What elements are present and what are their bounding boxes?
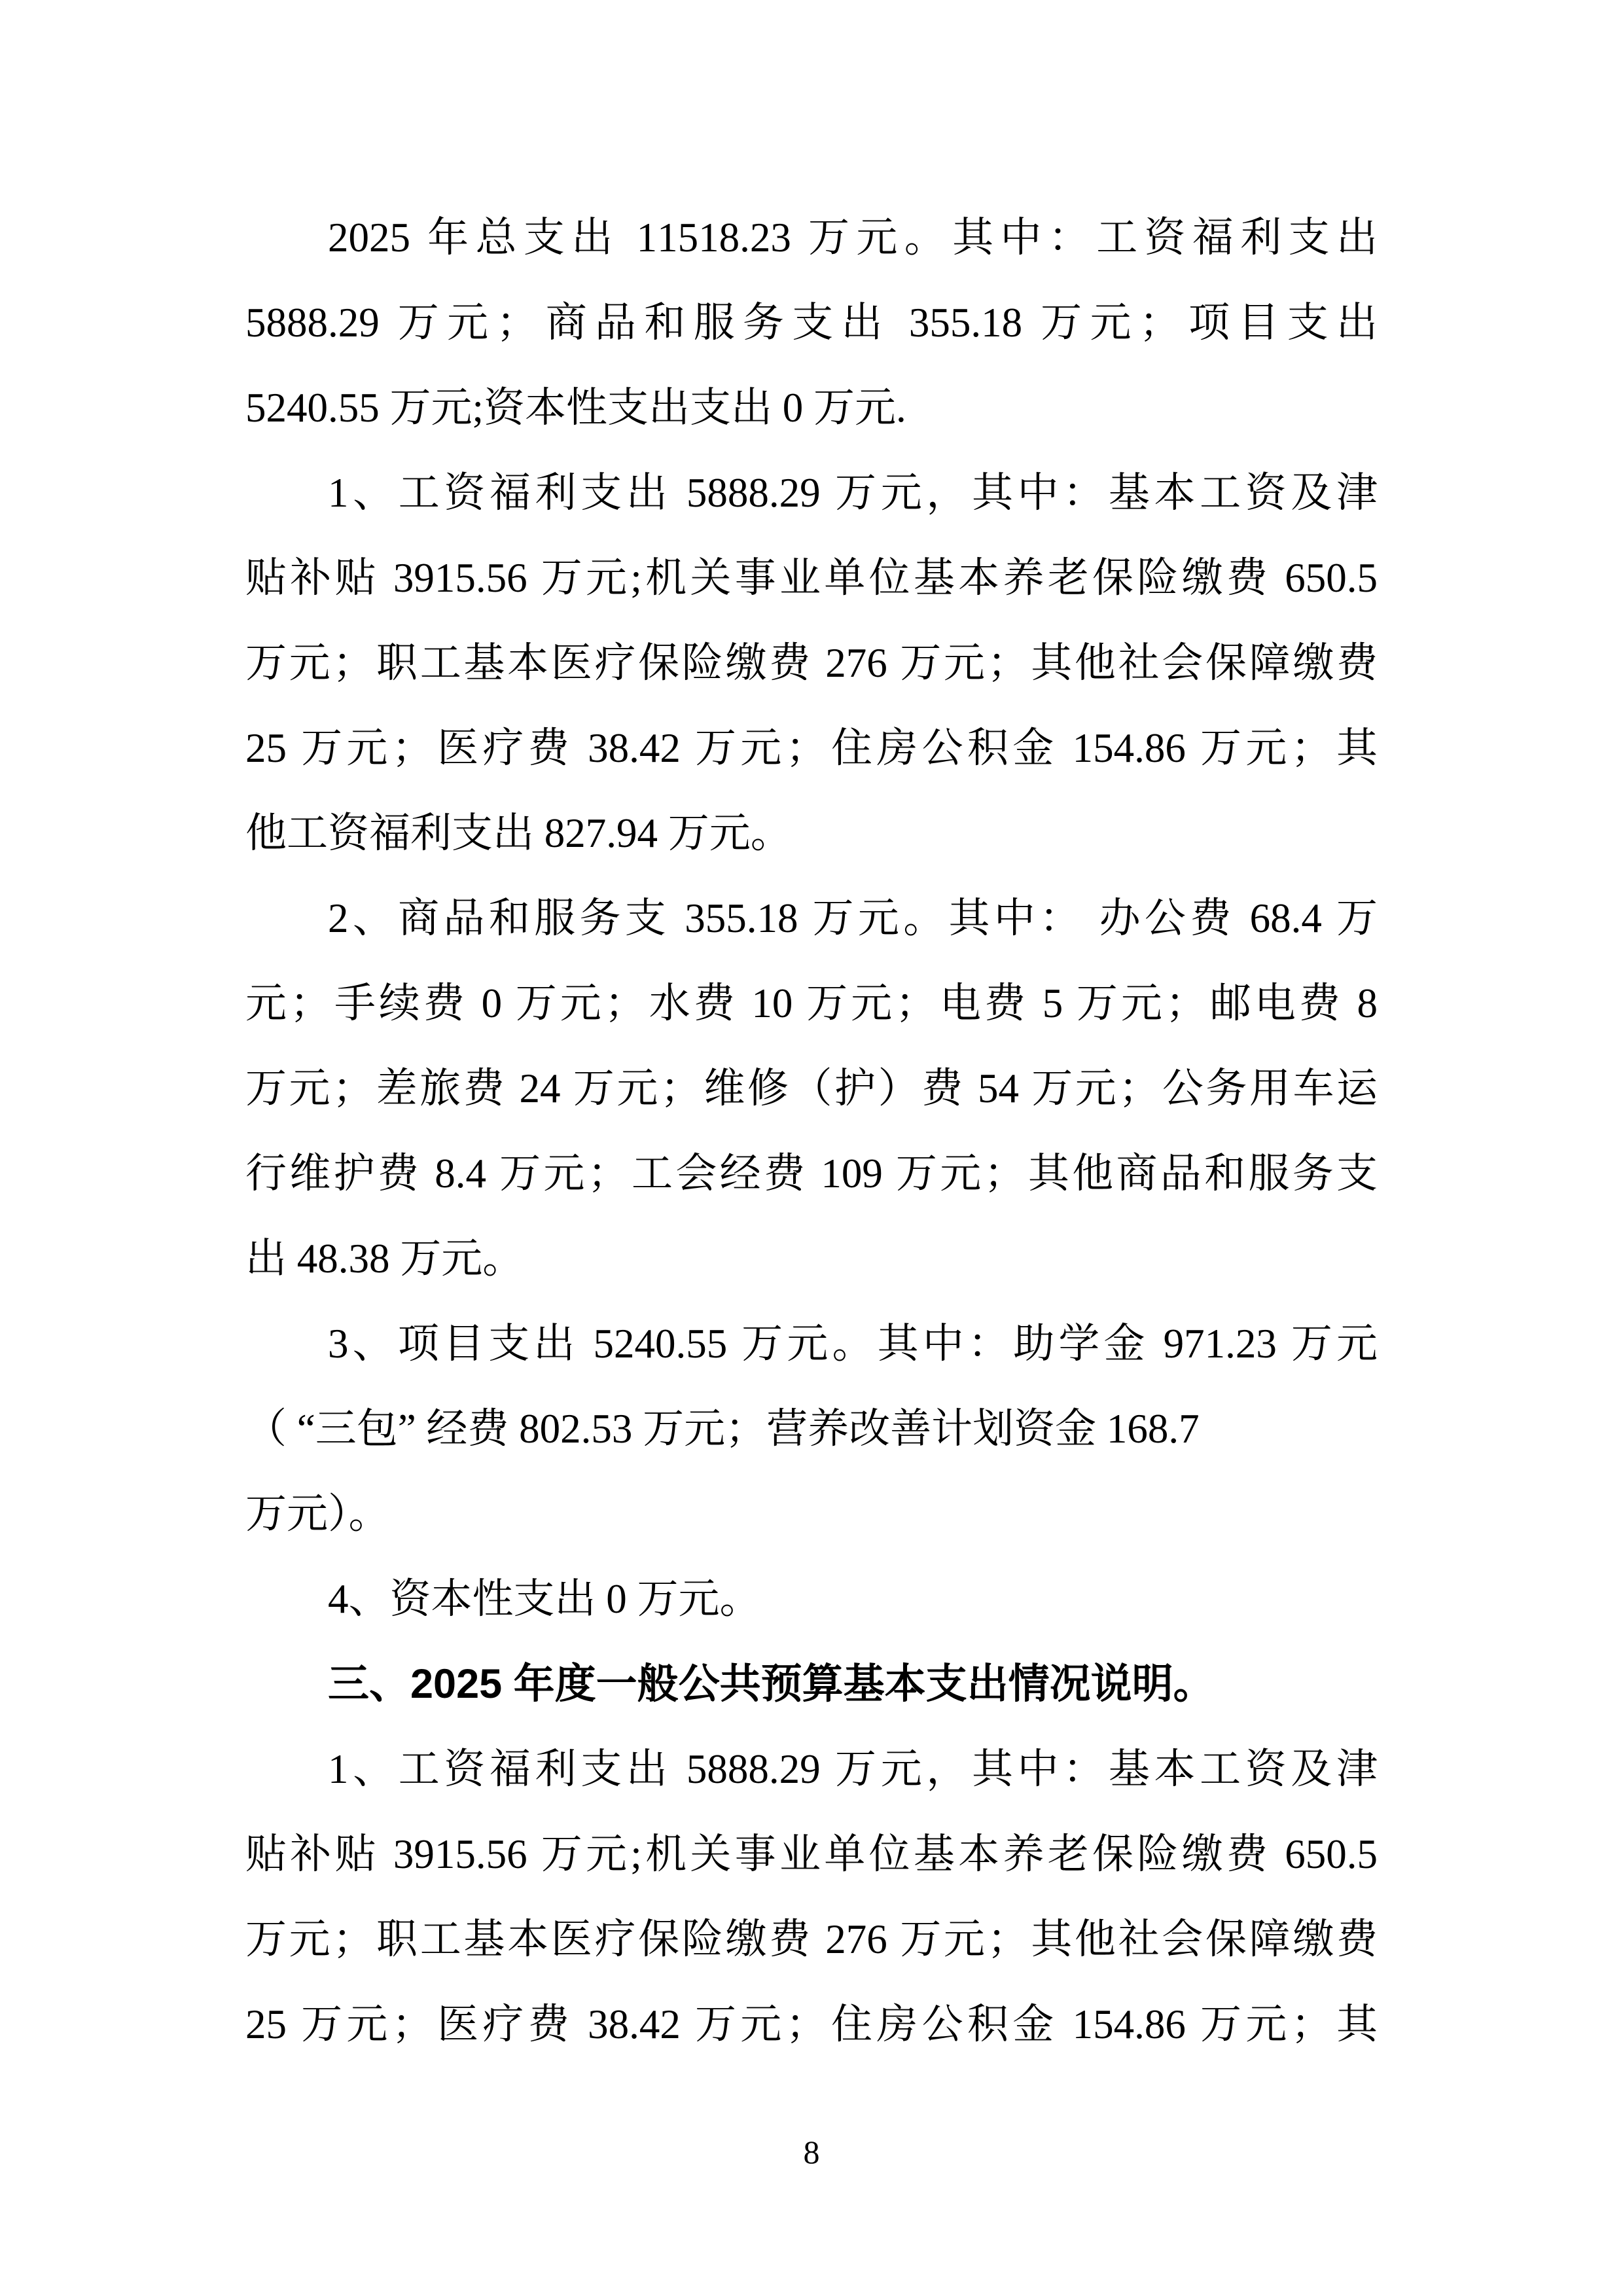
- text-line: 25 万元；医疗费 38.42 万元；住房公积金 154.86 万元；其: [245, 1982, 1378, 2067]
- text-line: 元；手续费 0 万元；水费 10 万元；电费 5 万元；邮电费 8: [245, 961, 1378, 1046]
- text-line: 万元；职工基本医疗保险缴费 276 万元；其他社会保障缴费: [245, 620, 1378, 706]
- text-line: 万元）。: [245, 1471, 1378, 1556]
- text-line: （ “三包” 经费 802.53 万元；营养改善计划资金 168.7: [245, 1386, 1378, 1471]
- text-line: 5888.29 万元；商品和服务支出 355.18 万元；项目支出: [245, 280, 1378, 365]
- text-line: 3、项目支出 5240.55 万元。其中：助学金 971.23 万元: [245, 1301, 1378, 1386]
- text-line: 1、工资福利支出 5888.29 万元，其中：基本工资及津: [245, 1727, 1378, 1812]
- text-line: 他工资福利支出 827.94 万元。: [245, 791, 1378, 876]
- section-heading: 三、2025 年度一般公共预算基本支出情况说明。: [245, 1641, 1378, 1727]
- text-line: 出 48.38 万元。: [245, 1216, 1378, 1301]
- text-line: 25 万元；医疗费 38.42 万元；住房公积金 154.86 万元；其: [245, 706, 1378, 791]
- text-line: 万元；职工基本医疗保险缴费 276 万元；其他社会保障缴费: [245, 1897, 1378, 1982]
- page-number: 8: [245, 2109, 1378, 2195]
- text-line: 行维护费 8.4 万元；工会经费 109 万元；其他商品和服务支: [245, 1131, 1378, 1216]
- text-line: 贴补贴 3915.56 万元;机关事业单位基本养老保险缴费 650.5: [245, 535, 1378, 620]
- text-line: 万元；差旅费 24 万元；维修（护）费 54 万元；公务用车运: [245, 1046, 1378, 1131]
- text-line: 5240.55 万元;资本性支出支出 0 万元.: [245, 365, 1378, 450]
- document-body: 2025 年总支出 11518.23 万元。其中：工资福利支出 5888.29 …: [245, 195, 1378, 2067]
- document-page: 2025 年总支出 11518.23 万元。其中：工资福利支出 5888.29 …: [0, 0, 1623, 2296]
- text-line: 2、商品和服务支 355.18 万元。其中： 办公费 68.4 万: [245, 876, 1378, 961]
- text-line: 1、工资福利支出 5888.29 万元，其中：基本工资及津: [245, 450, 1378, 535]
- text-line: 贴补贴 3915.56 万元;机关事业单位基本养老保险缴费 650.5: [245, 1812, 1378, 1897]
- text-line: 4、资本性支出 0 万元。: [245, 1556, 1378, 1641]
- text-line: 2025 年总支出 11518.23 万元。其中：工资福利支出: [245, 195, 1378, 280]
